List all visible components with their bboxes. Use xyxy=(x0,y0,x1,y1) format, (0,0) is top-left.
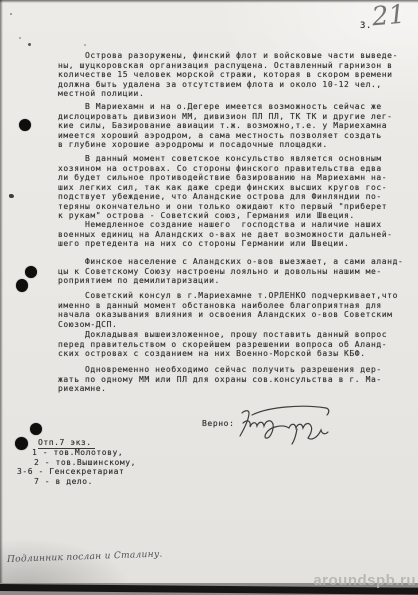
handwritten-note: Подлинник послан и Сталину. xyxy=(7,549,177,565)
paragraph-mariehamn-basing: В Мариехамн и на о.Дегере имеется возмож… xyxy=(58,102,416,150)
paragraph-immediate-dominance: Немедленное создание нашего господства и… xyxy=(58,220,416,249)
paper-speck xyxy=(84,44,86,46)
paragraph-naval-base-request: Докладывая вышеизложенное, прошу постави… xyxy=(58,330,416,359)
ink-blot xyxy=(25,266,37,278)
copy-recipient-molotov: 1 - тов.Молотову, xyxy=(32,448,123,457)
paper-speck xyxy=(10,13,12,15)
paragraph-guard-ship-request: Одновременно необходимо сейчас получить … xyxy=(58,365,416,394)
paper-speck xyxy=(28,43,31,46)
ink-blot xyxy=(19,119,31,131)
typed-page-number: 3. xyxy=(360,21,372,31)
paragraph-consulate-position: В данный момент советское консульство яв… xyxy=(58,154,416,221)
scan-edge-left xyxy=(0,0,3,595)
paragraph-finnish-population: Финское население с Аландских о-вов выез… xyxy=(58,257,416,286)
handwritten-page-number: 21 xyxy=(371,0,407,32)
document-scan: 3. 21 Острова разоружены, финский флот и… xyxy=(0,0,418,595)
copy-recipient-gensecretariat: 3-6 - Генсекретариат xyxy=(17,467,124,476)
paragraph-islands-disarmed: Острова разоружены, финский флот и войск… xyxy=(58,51,416,99)
paper-speck xyxy=(19,37,21,39)
copy-recipient-file: 7 - в дело. xyxy=(34,477,93,486)
copy-recipient-vyshinsky: 2 - тов.Вышинскому, xyxy=(34,458,136,467)
scan-edge-top xyxy=(0,0,418,3)
site-watermark: aroundspb.ru xyxy=(313,572,416,589)
ink-blot xyxy=(30,423,42,435)
ink-blot xyxy=(16,279,28,292)
paper-speck xyxy=(9,194,14,198)
paragraph-consul-orlenko: Советский консул в г.Мариехамне т.ОРЛЕНК… xyxy=(58,291,416,329)
ink-blot xyxy=(15,437,28,450)
signature xyxy=(228,399,340,445)
